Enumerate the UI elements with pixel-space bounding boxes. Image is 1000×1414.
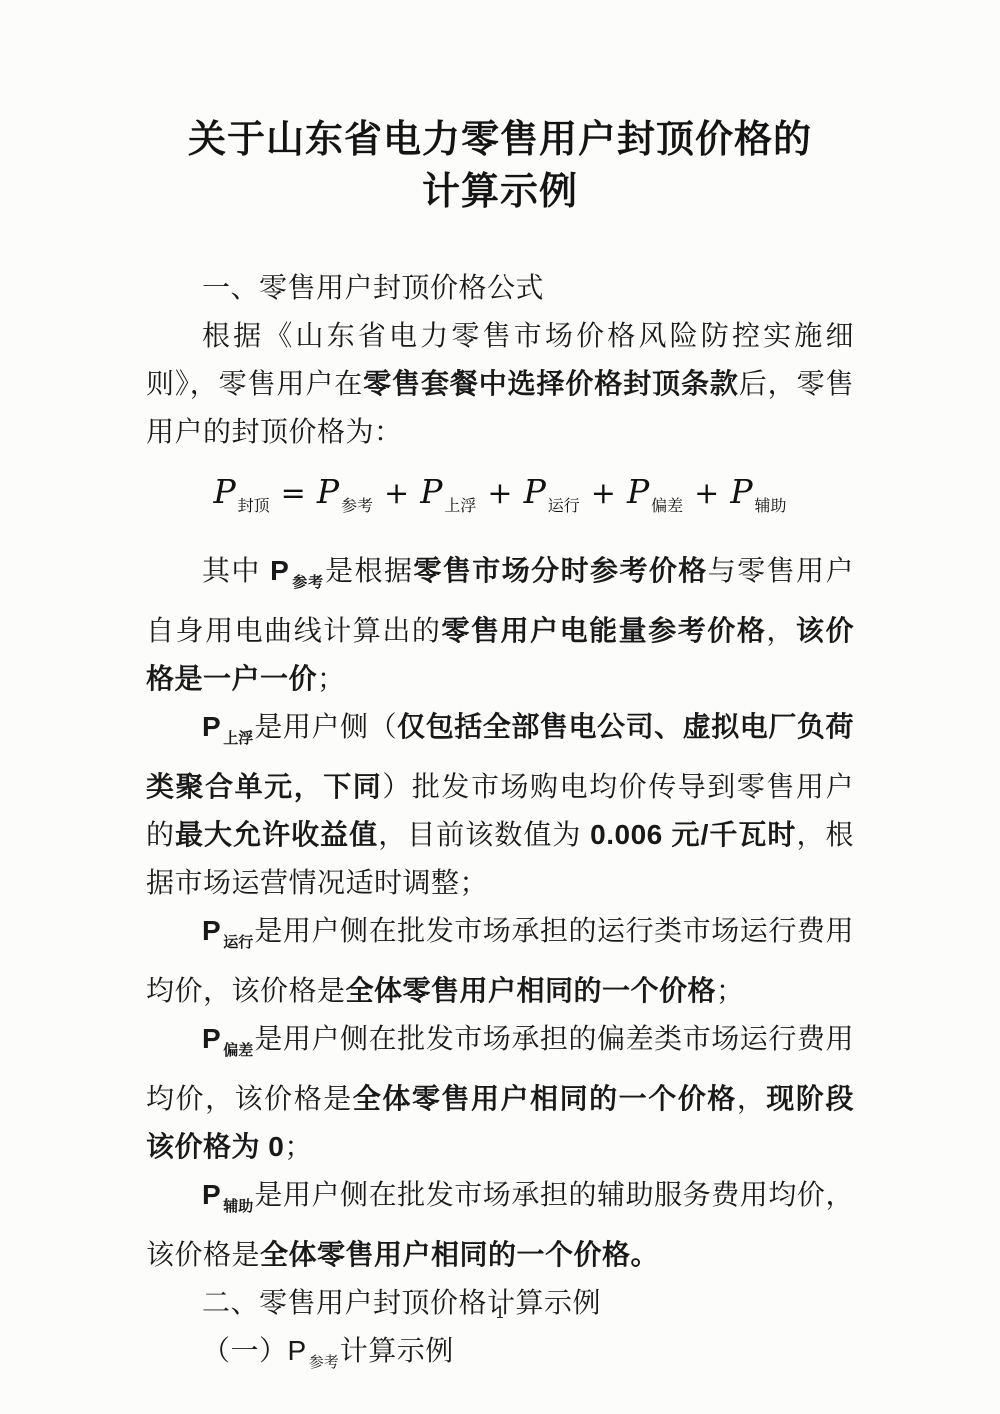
- formula-term-subscript: 参考: [341, 498, 373, 515]
- text-run: ；: [317, 663, 346, 694]
- body-paragraph: 其中 P参考是根据零售市场分时参考价格与零售用户自身用电曲线计算出的零售用户电能…: [146, 547, 854, 703]
- formula-operator: +: [487, 476, 512, 511]
- p-symbol: P运行: [202, 915, 254, 946]
- text-run: ，目前该数值为: [378, 819, 590, 850]
- bold-text-run: 0.006 元/千瓦时: [590, 819, 796, 850]
- p-symbol-subscript: 偏差: [223, 1042, 253, 1059]
- p-symbol-base: P: [202, 711, 221, 742]
- formula-term: P封顶: [213, 473, 269, 510]
- body-paragraph: P运行是用户侧在批发市场承担的运行类市场运行费用均价，该价格是全体零售用户相同的…: [146, 907, 854, 1015]
- formula-term-base: P: [420, 472, 442, 511]
- bold-text-run: 全体零售用户相同的一个价格: [353, 1083, 737, 1114]
- formula-term: P参考: [317, 473, 373, 510]
- bold-text-run: 全体零售用户相同的一个价格: [346, 975, 717, 1006]
- p-symbol-base: P: [202, 1023, 221, 1054]
- section-heading: 一、零售用户封顶价格公式: [146, 264, 854, 312]
- p-symbol-base: P: [202, 915, 221, 946]
- document-page: 关于山东省电力零售用户封顶价格的计算示例 一、零售用户封顶价格公式根据《山东省电…: [0, 0, 1000, 1414]
- formula-term-base: P: [317, 472, 339, 511]
- price-cap-formula: P封顶=P参考+P上浮+P运行+P偏差+P辅助: [146, 466, 854, 533]
- text-run: ，: [737, 1083, 767, 1114]
- p-symbol-subscript: 参考: [291, 574, 324, 591]
- body-paragraph: 根据《山东省电力零售市场价格风险防控实施细则》，零售用户在零售套餐中选择价格封顶…: [146, 312, 854, 456]
- page-number: 1: [0, 1303, 1000, 1323]
- formula-term-subscript: 辅助: [755, 498, 787, 515]
- p-symbol-subscript: 参考: [309, 1354, 339, 1371]
- text-run: 是用户侧（: [254, 711, 397, 742]
- formula-term-subscript: 运行: [548, 498, 580, 515]
- formula-operator: +: [384, 476, 409, 511]
- text-run: 其中: [202, 555, 270, 586]
- formula-term-subscript: 偏差: [651, 498, 683, 515]
- p-symbol: P辅助: [202, 1179, 254, 1210]
- text-run: ；: [716, 975, 745, 1006]
- body-paragraph: P辅助是用户侧在批发市场承担的辅助服务费用均价，该价格是全体零售用户相同的一个价…: [146, 1171, 854, 1279]
- formula-term-base: P: [730, 472, 752, 511]
- text-run: 是根据: [325, 555, 413, 586]
- formula-term: P上浮: [420, 473, 476, 510]
- p-symbol: P上浮: [202, 711, 254, 742]
- p-symbol: P偏差: [202, 1023, 254, 1054]
- bold-text-run: 零售套餐中选择价格封顶条款: [363, 368, 739, 399]
- p-symbol: P参考: [270, 555, 325, 586]
- text-run: ；: [284, 1131, 313, 1162]
- document-title: 关于山东省电力零售用户封顶价格的计算示例: [146, 114, 854, 218]
- bold-text-run: 最大允许收益值: [175, 819, 378, 850]
- formula-term-subscript: 上浮: [444, 498, 476, 515]
- formula-term-base: P: [627, 472, 649, 511]
- text-run: 计算示例: [340, 1335, 454, 1366]
- document-title-line-2: 计算示例: [146, 166, 854, 218]
- bold-text-run: 零售用户电能量参考价格: [441, 615, 766, 646]
- body-paragraph: P上浮是用户侧（仅包括全部售电公司、虚拟电厂负荷类聚合单元，下同）批发市场购电均…: [146, 703, 854, 907]
- formula-term: P运行: [524, 473, 580, 510]
- formula-operator: =: [281, 476, 306, 511]
- text-run: ，: [766, 615, 796, 646]
- formula-operator: +: [591, 476, 616, 511]
- bold-text-run: 全体零售用户相同的一个价格。: [260, 1239, 659, 1270]
- p-symbol-subscript: 运行: [223, 934, 253, 951]
- p-symbol-subscript: 上浮: [223, 730, 253, 747]
- p-symbol-base: P: [270, 555, 289, 586]
- document-title-line-1: 关于山东省电力零售用户封顶价格的: [146, 114, 854, 166]
- p-symbol-base: P: [202, 1179, 221, 1210]
- p-symbol: P参考: [288, 1335, 340, 1366]
- bold-text-run: 零售市场分时参考价格: [413, 555, 707, 586]
- text-run: （一）: [202, 1335, 288, 1366]
- formula-operator: +: [694, 476, 719, 511]
- formula-term-base: P: [213, 472, 235, 511]
- formula-term: P偏差: [627, 473, 683, 510]
- formula-term: P辅助: [730, 473, 786, 510]
- document-content: 关于山东省电力零售用户封顶价格的计算示例 一、零售用户封顶价格公式根据《山东省电…: [0, 0, 1000, 1387]
- formula-term-subscript: 封顶: [238, 498, 270, 515]
- body-paragraph: P偏差是用户侧在批发市场承担的偏差类市场运行费用均价，该价格是全体零售用户相同的…: [146, 1015, 854, 1171]
- formula-term-base: P: [524, 472, 546, 511]
- p-symbol-subscript: 辅助: [223, 1198, 253, 1215]
- document-body: 一、零售用户封顶价格公式根据《山东省电力零售市场价格风险防控实施细则》，零售用户…: [146, 264, 854, 1387]
- p-symbol-base: P: [288, 1335, 307, 1366]
- text-run: 一、零售用户封顶价格公式: [202, 272, 544, 303]
- section-heading: （一）P参考计算示例: [146, 1327, 854, 1387]
